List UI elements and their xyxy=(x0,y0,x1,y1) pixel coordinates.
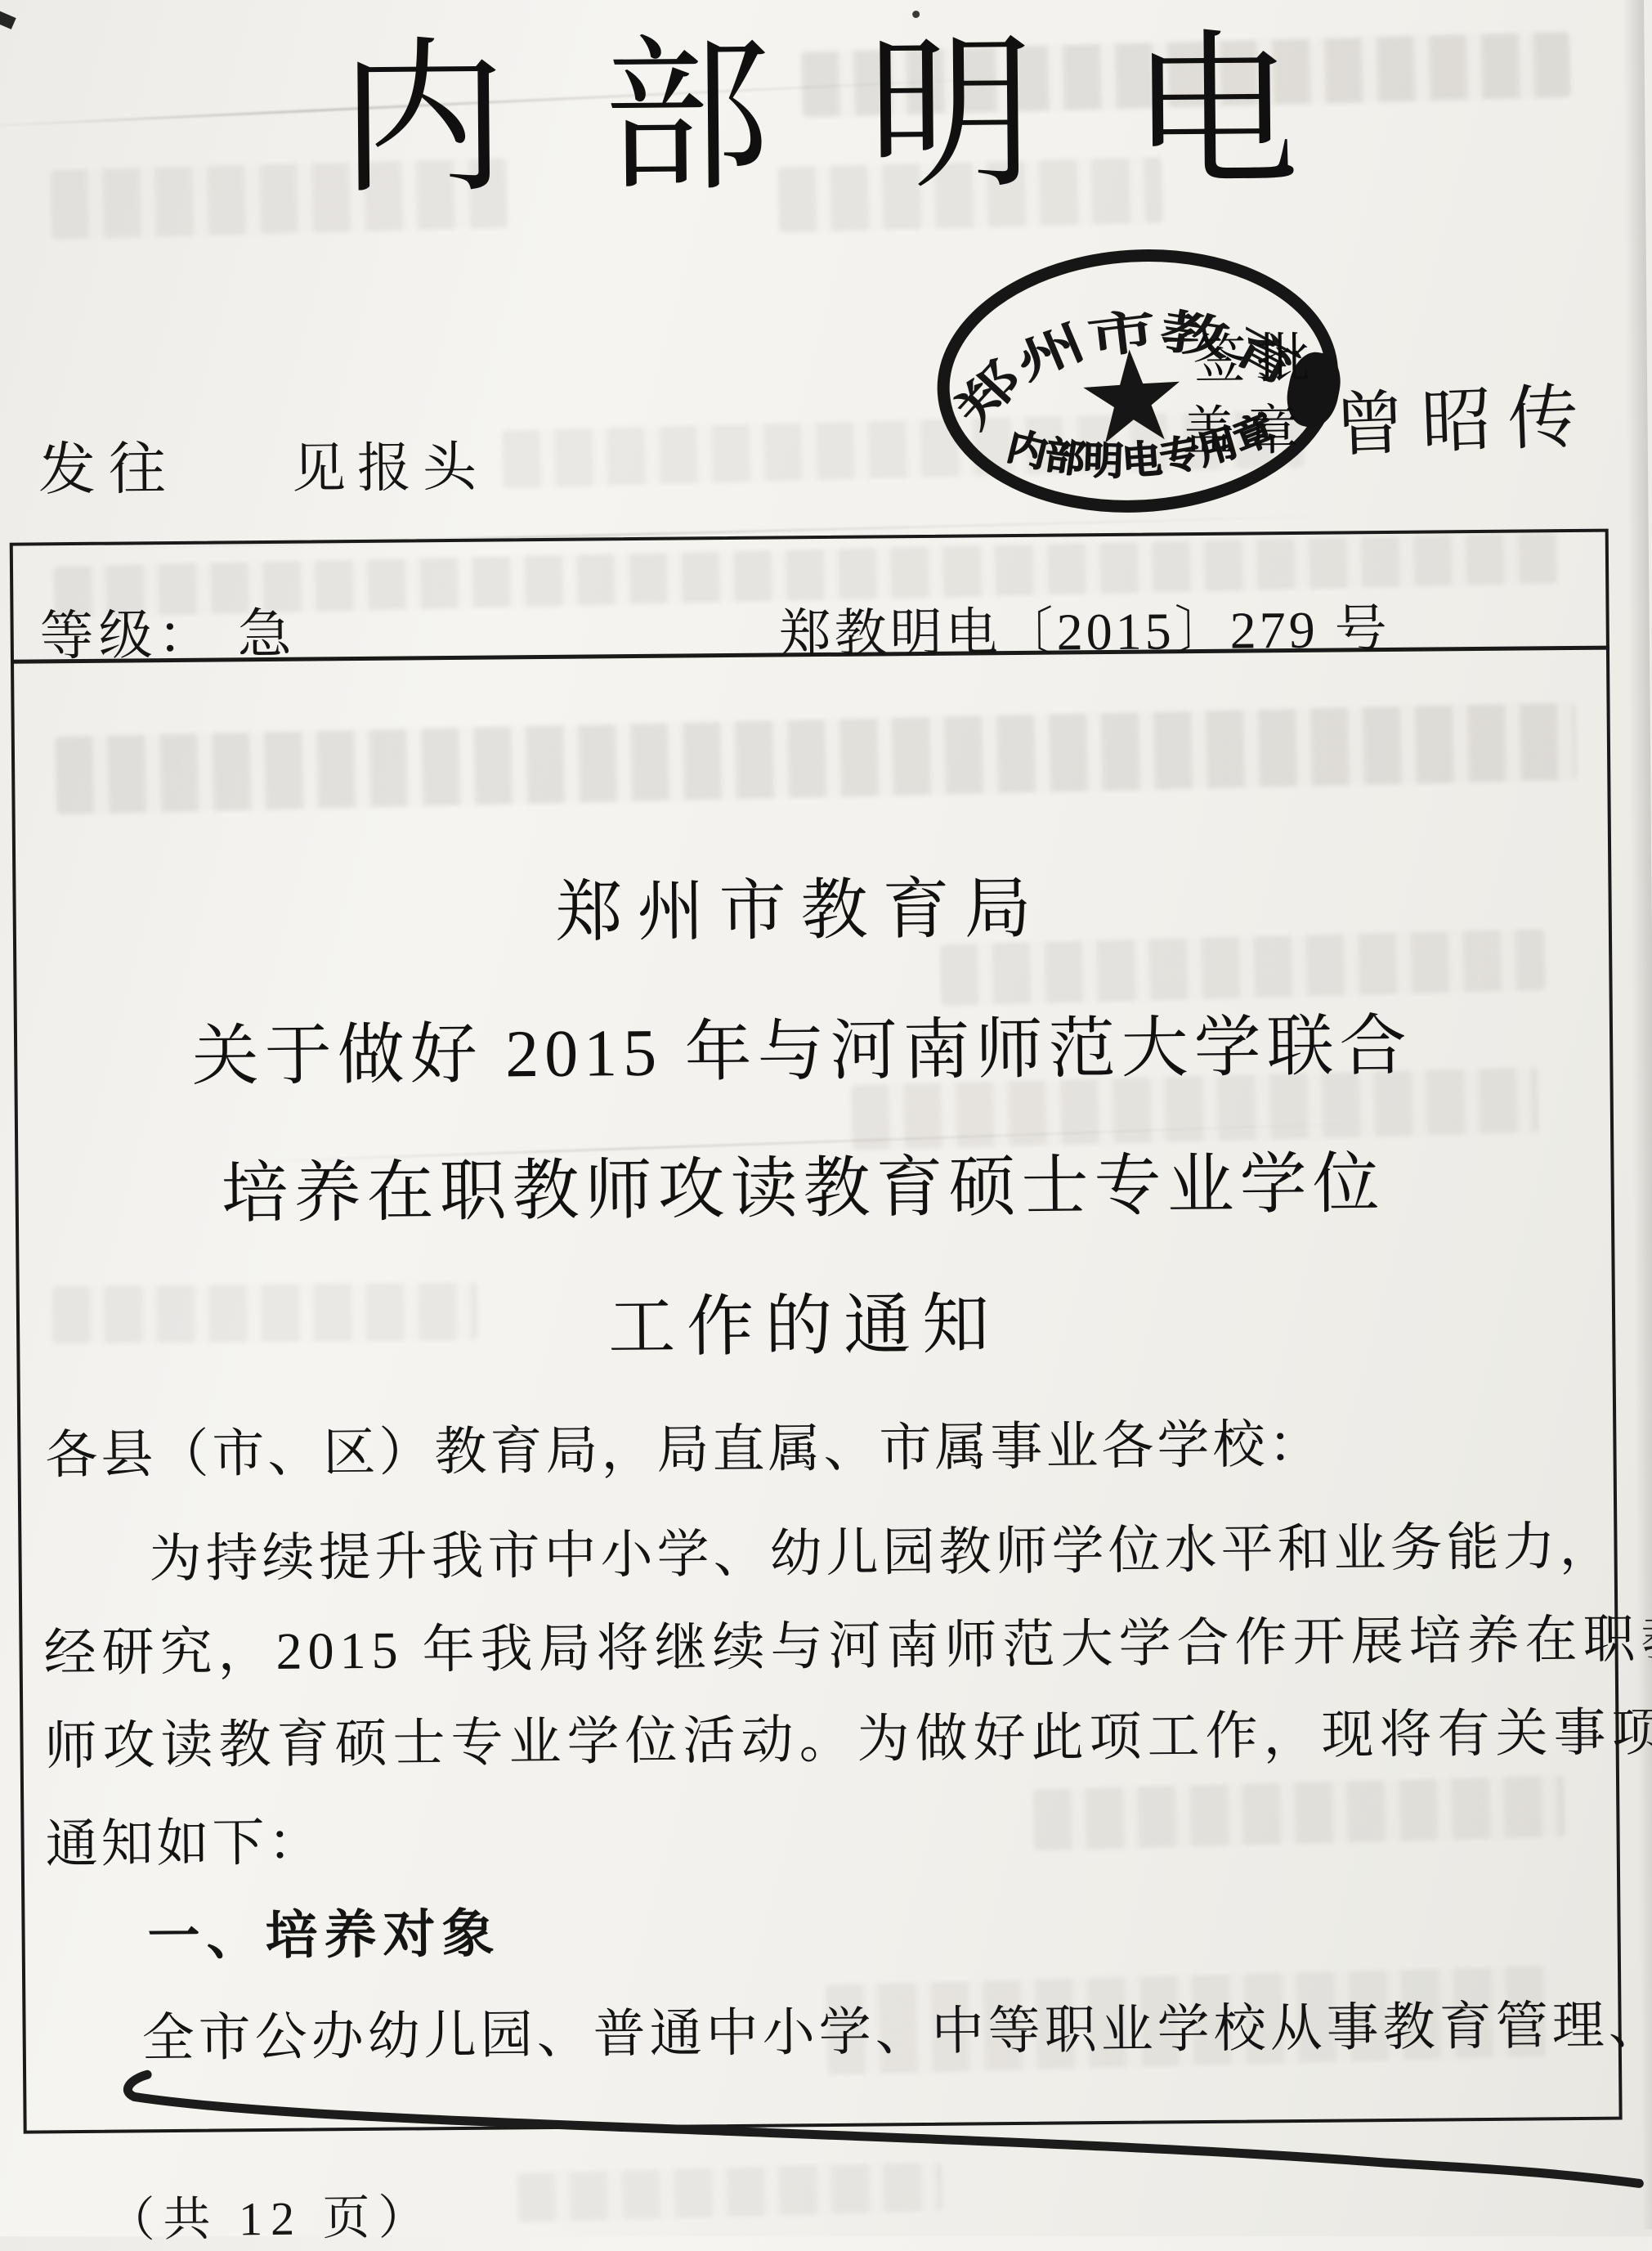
pen-stroke xyxy=(0,0,1652,2236)
sign-stamp-caption: 签批 盖章 xyxy=(1184,333,1321,460)
stamp-caption-line: 盖章 xyxy=(1181,405,1321,460)
document-sheet: 内部明电 发往 见报头 郑州市教育局 内部明电专用章 签批 盖章 曾昭传 等级：… xyxy=(0,0,1652,2236)
signature: 曾昭传 xyxy=(1332,359,1596,470)
sign-caption-line: 签批 xyxy=(1193,333,1321,388)
